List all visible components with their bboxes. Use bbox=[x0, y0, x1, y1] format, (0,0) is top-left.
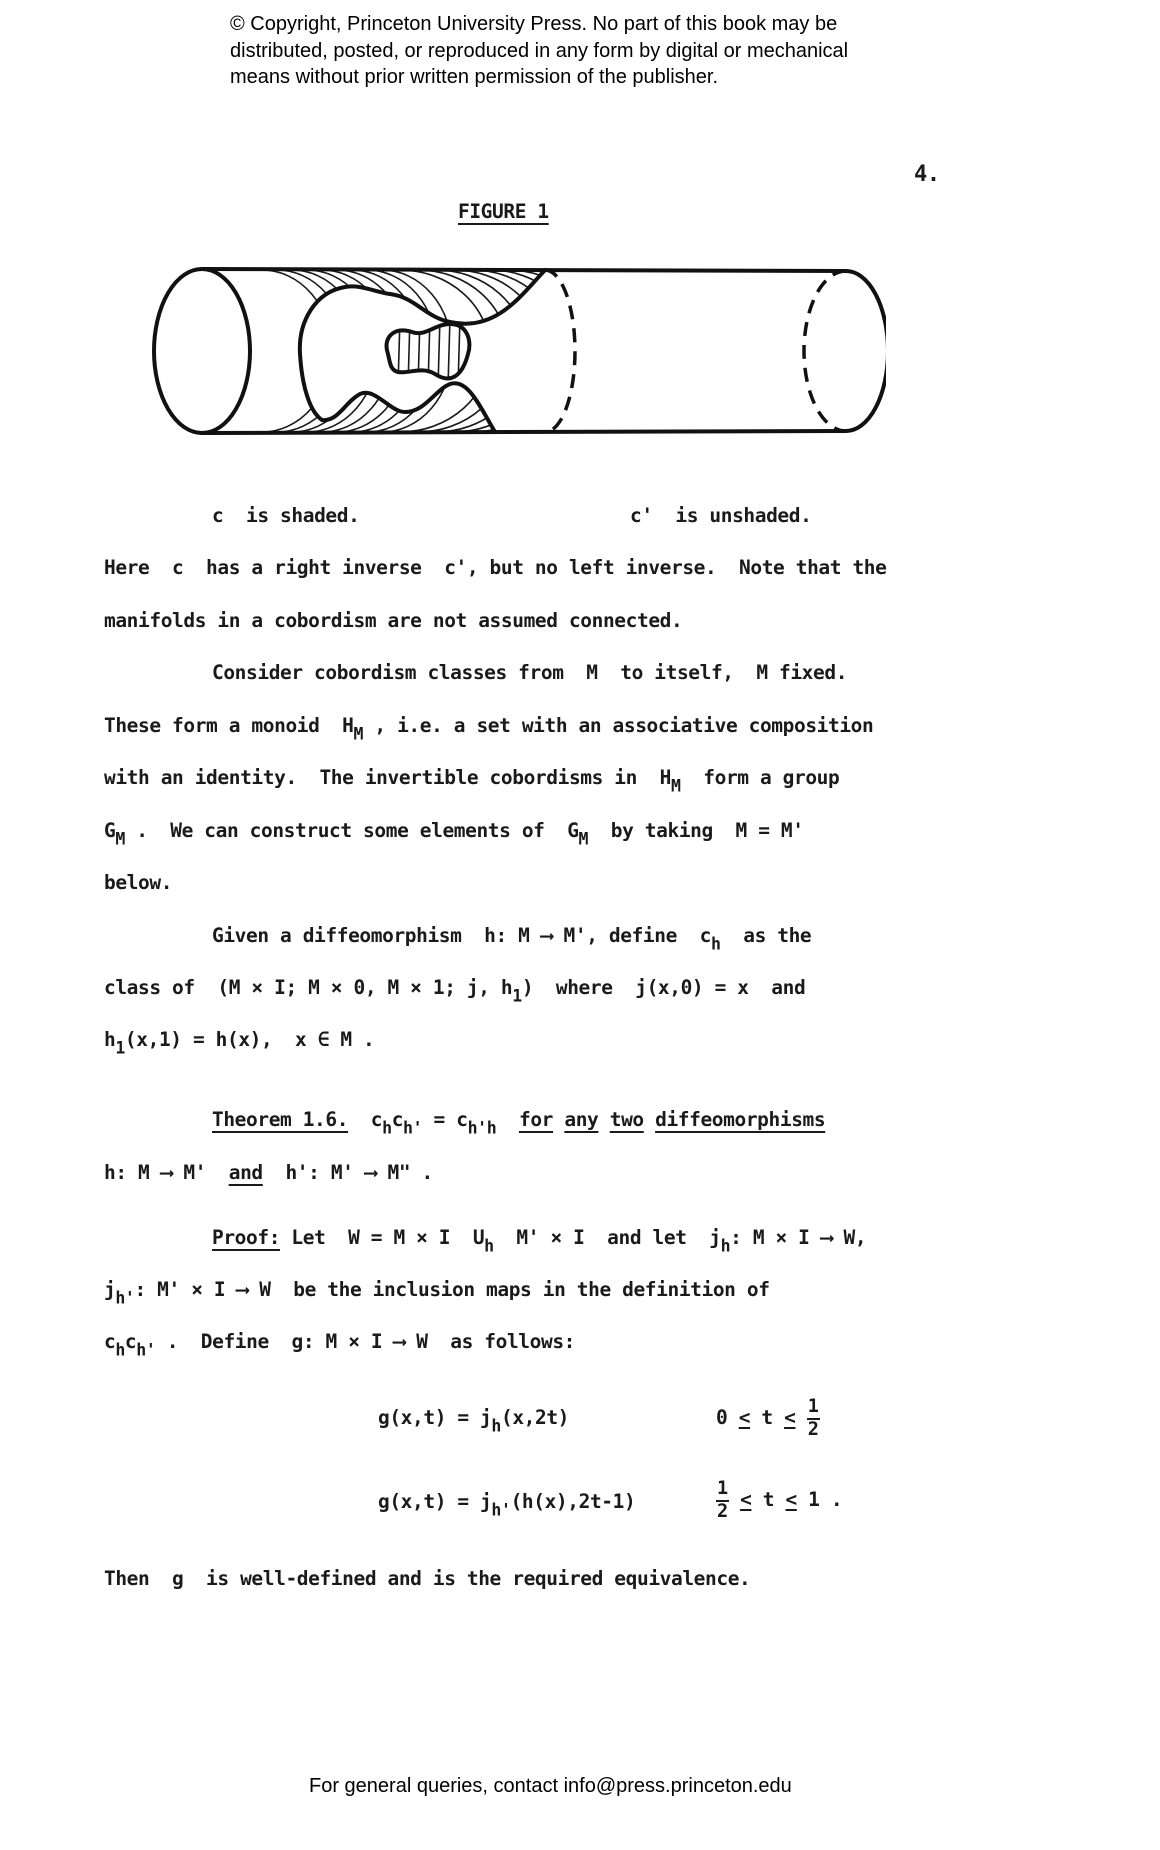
underlined-word: any bbox=[564, 1108, 598, 1131]
eq-rhs: (h(x),2t-1) bbox=[511, 1490, 636, 1513]
proof-line: Proof: Let W = M × I Uh M' × I and let j… bbox=[212, 1226, 866, 1249]
subscript: M bbox=[579, 829, 589, 848]
copyright-line: © Copyright, Princeton University Press.… bbox=[230, 11, 848, 38]
right-end-front bbox=[846, 271, 886, 431]
subscript: 1 bbox=[512, 986, 522, 1005]
math-h: h bbox=[104, 1028, 115, 1051]
caption-c-text: is shaded. bbox=[246, 504, 359, 527]
subscript: h' bbox=[115, 1288, 134, 1307]
subscript: h' bbox=[403, 1118, 422, 1137]
proof-label: Proof: bbox=[212, 1226, 280, 1249]
text: h: M ⟶ M' bbox=[104, 1161, 229, 1184]
math-c: c bbox=[371, 1108, 382, 1131]
copyright-notice: © Copyright, Princeton University Press.… bbox=[230, 11, 848, 91]
proof-line: chch' . Define g: M × I ⟶ W as follows: bbox=[104, 1330, 575, 1353]
body-line: These form a monoid HM , i.e. a set with… bbox=[104, 714, 873, 737]
text: as the bbox=[721, 924, 812, 947]
math-c: c bbox=[125, 1330, 136, 1353]
text: : M' × I ⟶ W be the inclusion maps in th… bbox=[135, 1278, 770, 1301]
theorem-label: Theorem 1.6. bbox=[212, 1108, 348, 1131]
underlined-word: for bbox=[519, 1108, 553, 1131]
text: t bbox=[751, 1488, 785, 1511]
subscript: M bbox=[353, 724, 363, 743]
math-H: H bbox=[660, 766, 671, 789]
math-j: j bbox=[104, 1278, 115, 1301]
text: (x,1) = h(x), x ∈ M . bbox=[125, 1028, 374, 1051]
text: h': M' ⟶ M" . bbox=[263, 1161, 433, 1184]
text: Given a diffeomorphism h: M ⟶ M', define… bbox=[212, 924, 711, 947]
eq-lhs: g(x,t) = j bbox=[378, 1406, 491, 1429]
text: M' × I and let j bbox=[494, 1226, 721, 1249]
equation-2: g(x,t) = jh'(h(x),2t-1) bbox=[378, 1490, 635, 1513]
text: = c bbox=[422, 1108, 467, 1131]
figure-title: FIGURE 1 bbox=[458, 200, 549, 223]
subscript: 1 bbox=[115, 1038, 125, 1057]
leq-symbol: < bbox=[785, 1488, 796, 1511]
text: t bbox=[750, 1406, 784, 1429]
subscript: h bbox=[484, 1236, 494, 1255]
caption-c-prime-symbol: c' bbox=[630, 504, 653, 527]
text: 0 bbox=[716, 1406, 739, 1429]
footer-contact: For general queries, contact info@press.… bbox=[309, 1773, 792, 1800]
subscript: h bbox=[115, 1340, 125, 1359]
proof-line: jh': M' × I ⟶ W be the inclusion maps in… bbox=[104, 1278, 770, 1301]
subscript: h' bbox=[136, 1340, 155, 1359]
frac-num: 1 bbox=[807, 1398, 820, 1420]
caption-c-symbol: c bbox=[212, 504, 223, 527]
text: , i.e. a set with an associative composi… bbox=[363, 714, 873, 737]
subscript: h' bbox=[491, 1500, 510, 1519]
text: ) where j(x,0) = x and bbox=[522, 976, 806, 999]
subscript: M bbox=[671, 776, 681, 795]
body-line: below. bbox=[104, 871, 172, 894]
conclusion-line: Then g is well-defined and is the requir… bbox=[104, 1567, 750, 1590]
equation-1-condition: 0 < t < 12 bbox=[716, 1398, 820, 1439]
subscript: h bbox=[382, 1118, 392, 1137]
cobordism-cylinder-figure bbox=[150, 262, 886, 440]
subscript: h'h bbox=[468, 1118, 497, 1137]
caption-c-prime-text: is unshaded. bbox=[675, 504, 811, 527]
math-G: G bbox=[104, 819, 115, 842]
math-H: H bbox=[342, 714, 353, 737]
text: These form a monoid bbox=[104, 714, 342, 737]
body-line: with an identity. The invertible cobordi… bbox=[104, 766, 839, 789]
frac-num: 1 bbox=[716, 1480, 729, 1502]
underlined-word: diffeomorphisms bbox=[655, 1108, 825, 1131]
text: 1 . bbox=[797, 1488, 842, 1511]
left-boundary-circle bbox=[154, 269, 250, 433]
leq-symbol: < bbox=[739, 1406, 750, 1429]
body-line: manifolds in a cobordism are not assumed… bbox=[104, 609, 682, 632]
theorem-statement: Theorem 1.6. chch' = ch'h for any two di… bbox=[212, 1108, 825, 1131]
frac-den: 2 bbox=[716, 1502, 729, 1522]
text: by taking M = M' bbox=[588, 819, 803, 842]
body-line: class of (M × I; M × 0, M × 1; j, h1) wh… bbox=[104, 976, 805, 999]
subscript: h bbox=[711, 934, 721, 953]
text: with an identity. The invertible cobordi… bbox=[104, 766, 660, 789]
page-number: 4. bbox=[914, 162, 940, 187]
subscript: M bbox=[115, 829, 125, 848]
body-line: GM . We can construct some elements of G… bbox=[104, 819, 804, 842]
underlined-word: two bbox=[610, 1108, 644, 1131]
cylinder-outline bbox=[154, 269, 886, 433]
body-line: Given a diffeomorphism h: M ⟶ M', define… bbox=[212, 924, 811, 947]
hidden-boundaries bbox=[545, 270, 846, 432]
fraction: 12 bbox=[716, 1480, 729, 1521]
text: . We can construct some elements of bbox=[125, 819, 567, 842]
math-c: c bbox=[104, 1330, 115, 1353]
math-c: c bbox=[392, 1108, 403, 1131]
text: class of (M × I; M × 0, M × 1; j, h bbox=[104, 976, 512, 999]
caption-c-prime: c' is unshaded. bbox=[630, 504, 811, 527]
text: form a group bbox=[681, 766, 840, 789]
math-G: G bbox=[567, 819, 578, 842]
eq-lhs: g(x,t) = j bbox=[378, 1490, 491, 1513]
frac-den: 2 bbox=[807, 1420, 820, 1440]
caption-c: c is shaded. bbox=[212, 504, 359, 527]
text: . Define g: M × I ⟶ W as follows: bbox=[155, 1330, 575, 1353]
body-line: h1(x,1) = h(x), x ∈ M . bbox=[104, 1028, 374, 1051]
body-line: Here c has a right inverse c', but no le… bbox=[104, 556, 886, 579]
text: : M × I ⟶ W, bbox=[730, 1226, 866, 1249]
fraction: 12 bbox=[807, 1398, 820, 1439]
text: Let W = M × I U bbox=[280, 1226, 484, 1249]
underlined-word: and bbox=[229, 1161, 263, 1184]
copyright-line: means without prior written permission o… bbox=[230, 64, 848, 91]
copyright-line: distributed, posted, or reproduced in an… bbox=[230, 38, 848, 65]
equation-1: g(x,t) = jh(x,2t) bbox=[378, 1406, 569, 1429]
equation-2-condition: 12 < t < 1 . bbox=[716, 1480, 842, 1521]
theorem-line-2: h: M ⟶ M' and h': M' ⟶ M" . bbox=[104, 1161, 433, 1184]
leq-symbol: < bbox=[740, 1488, 751, 1511]
subscript: h bbox=[721, 1236, 731, 1255]
leq-symbol: < bbox=[784, 1406, 795, 1429]
body-line: Consider cobordism classes from M to its… bbox=[212, 661, 847, 684]
eq-rhs: (x,2t) bbox=[501, 1406, 569, 1429]
subscript: h bbox=[491, 1416, 501, 1435]
